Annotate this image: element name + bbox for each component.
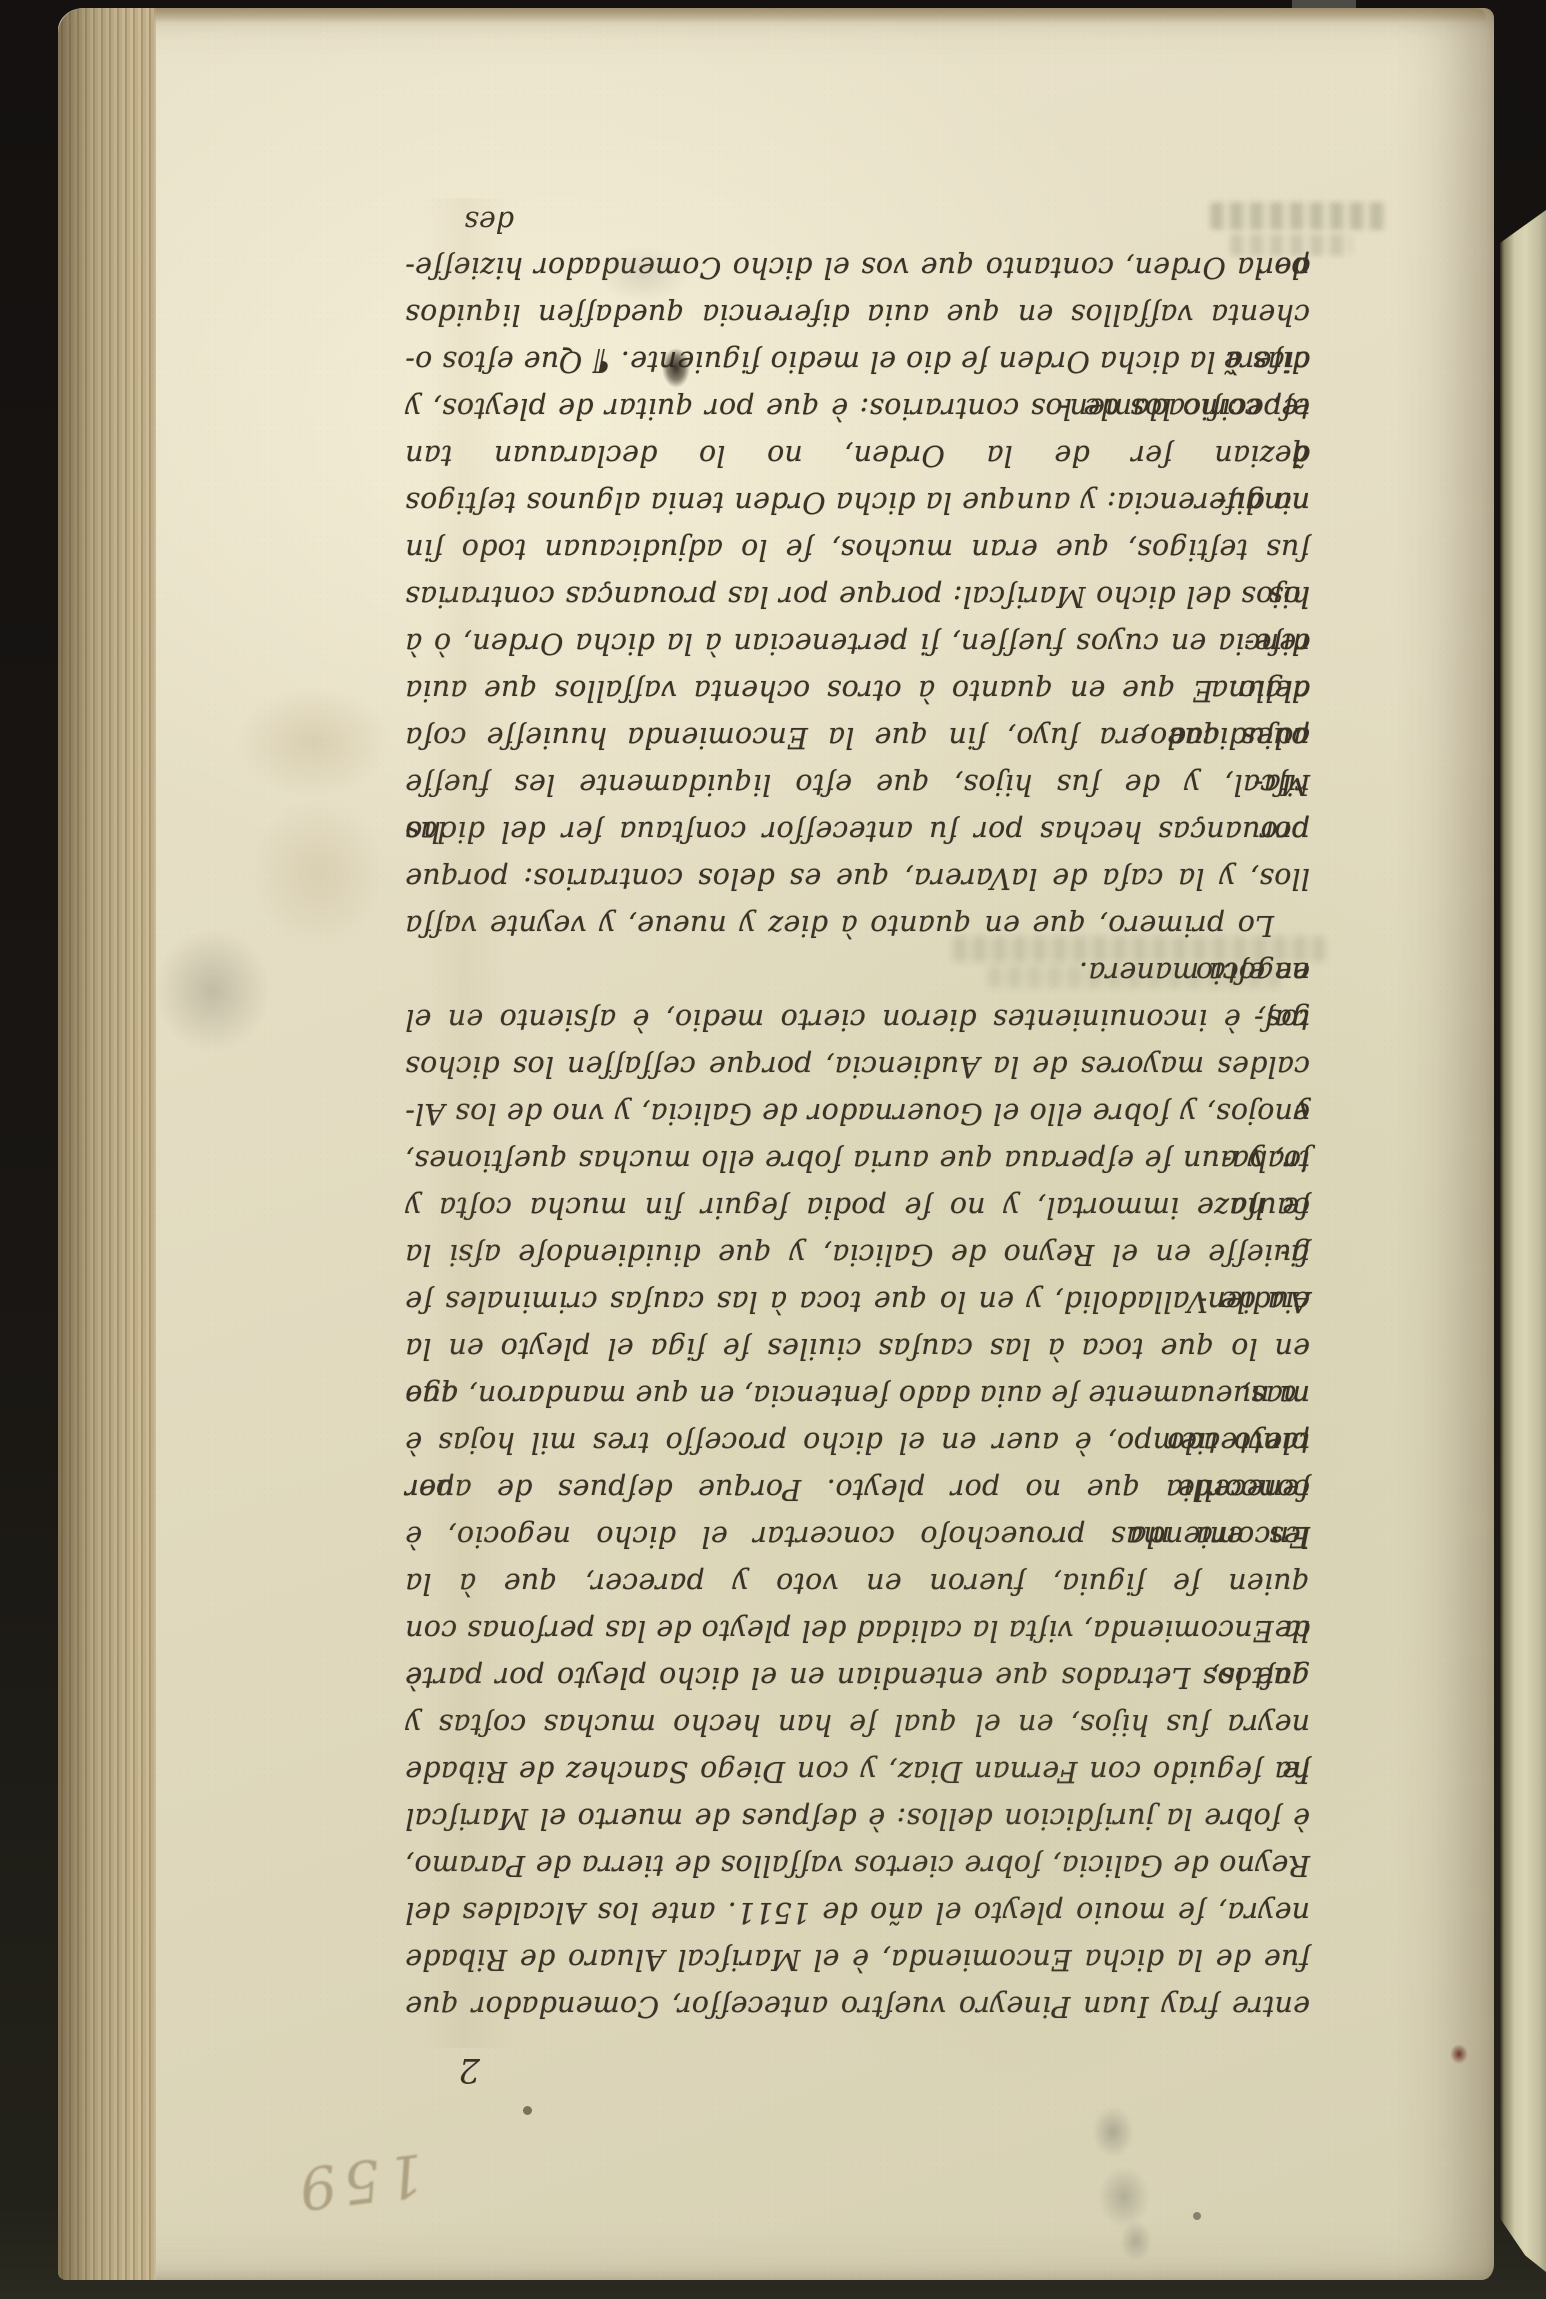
text-line: que los Letrados que entendian en el dic… — [405, 1654, 1310, 1701]
text-line: ſus teſtigos, que eran muchos, ſe lo adj… — [405, 526, 1310, 573]
text-line: neyra, ſe mouio pleyto el año de 1511. a… — [405, 1889, 1310, 1936]
text-line: pues que era ſuyo, ſin que la Encomienda… — [405, 714, 1310, 761]
text-line: cia de Valladolid, y en lo que toca à la… — [405, 1278, 1310, 1325]
text-line: ha ſeguido con Fernan Diaz, y con Diego … — [405, 1748, 1310, 1795]
folio-page-number: 2 — [458, 2050, 480, 2090]
text-line: llos, y la caſa de laVarera, que es delo… — [405, 855, 1310, 902]
text-line: tos, è inconuinientes dieron cierto medi… — [405, 996, 1310, 1043]
text-line: na diferencia: y aunque la dicha Orden t… — [405, 479, 1310, 526]
text-line: riſcal, y de ſus hijos, que eſto liquida… — [405, 761, 1310, 808]
text-line: prouanças hechas por ſu anteceſſor conſt… — [405, 808, 1310, 855]
text-line: la Encomienda, viſta la calidad del pley… — [405, 1607, 1310, 1654]
text-line-paragraph-end: en eſta manera. — [405, 949, 1310, 996]
text-line-paragraph-start: Lo primero, que en quanto à diez y nueue… — [405, 902, 1310, 949]
text-line: hijos del dicho Mariſcal: porque por las… — [405, 573, 1310, 620]
catchword: des — [464, 205, 514, 238]
text-line: è ſobre la juriſdicion dellos: è deſpues… — [405, 1795, 1310, 1842]
text-line: guieſſe en el Reyno de Galicia, y que di… — [405, 1231, 1310, 1278]
text-line: dello. E que en quanto à otros ochenta v… — [405, 667, 1310, 714]
text-line: neyra ſus hijos, en el qual ſe han hecho… — [405, 1701, 1310, 1748]
text-line: caldes mayores de la Audiencia, porque c… — [405, 1043, 1310, 1090]
text-line: te, como los de los contrarios: è que po… — [405, 385, 1310, 432]
text-line: entre fray Iuan Pineyro vueſtro anteceſſ… — [405, 1983, 1310, 2030]
text-line-with-pilcrow: cias à la dicha Orden ſe dio el medio ſi… — [405, 338, 1310, 385]
book-page: entre fray Iuan Pineyro vueſtro anteceſſ… — [58, 8, 1494, 2280]
text-line: rencia en cuyos fueſſen, ſi pertenecian … — [405, 620, 1310, 667]
text-line: ra nueuamente ſe auia dado ſentencia, en… — [405, 1372, 1310, 1419]
scanned-book-photo: entre fray Iuan Pineyro vueſtro anteceſſ… — [0, 0, 1546, 2299]
text-line: les era mas prouechoſo concertar el dich… — [405, 1513, 1310, 1560]
text-line: tanto tiempo, è auer en el dicho proceſſ… — [405, 1419, 1310, 1466]
printed-text-block: entre fray Iuan Pineyro vueſtro anteceſſ… — [405, 244, 1310, 2030]
text-line: jo, y aun ſe eſperaua que auria ſobre el… — [405, 1137, 1310, 1184]
text-line: en lo que toca à las cauſas ciuiles ſe ſ… — [405, 1325, 1310, 1372]
text-line: ſe haze immortal, y no ſe podia ſeguir ſ… — [405, 1184, 1310, 1231]
text-line: chenta vaſſallos en que auia diferencia … — [405, 291, 1310, 338]
text-line: Reyno de Galicia, ſobre ciertos vaſſallo… — [405, 1842, 1310, 1889]
text-line: concordia que no por pleyto. Porque deſp… — [405, 1466, 1310, 1513]
adjacent-page-edge — [1500, 210, 1546, 2272]
text-line: fue de la dicha Encomienda, è el Mariſca… — [405, 1936, 1310, 1983]
handwritten-foliation-number: 159 — [289, 2140, 428, 2224]
rotated-page-content: entre fray Iuan Pineyro vueſtro anteceſſ… — [58, 8, 1494, 2280]
text-line: dezian ſer de la Orden, no lo declarauan… — [405, 432, 1310, 479]
text-line: quien ſe ſiguia, fueron en voto y parece… — [405, 1560, 1310, 1607]
text-line: enojos, y ſobre ello el Gouernador de Ga… — [405, 1090, 1310, 1137]
text-line: de la Orden, contanto que vos el dicho C… — [405, 244, 1310, 291]
